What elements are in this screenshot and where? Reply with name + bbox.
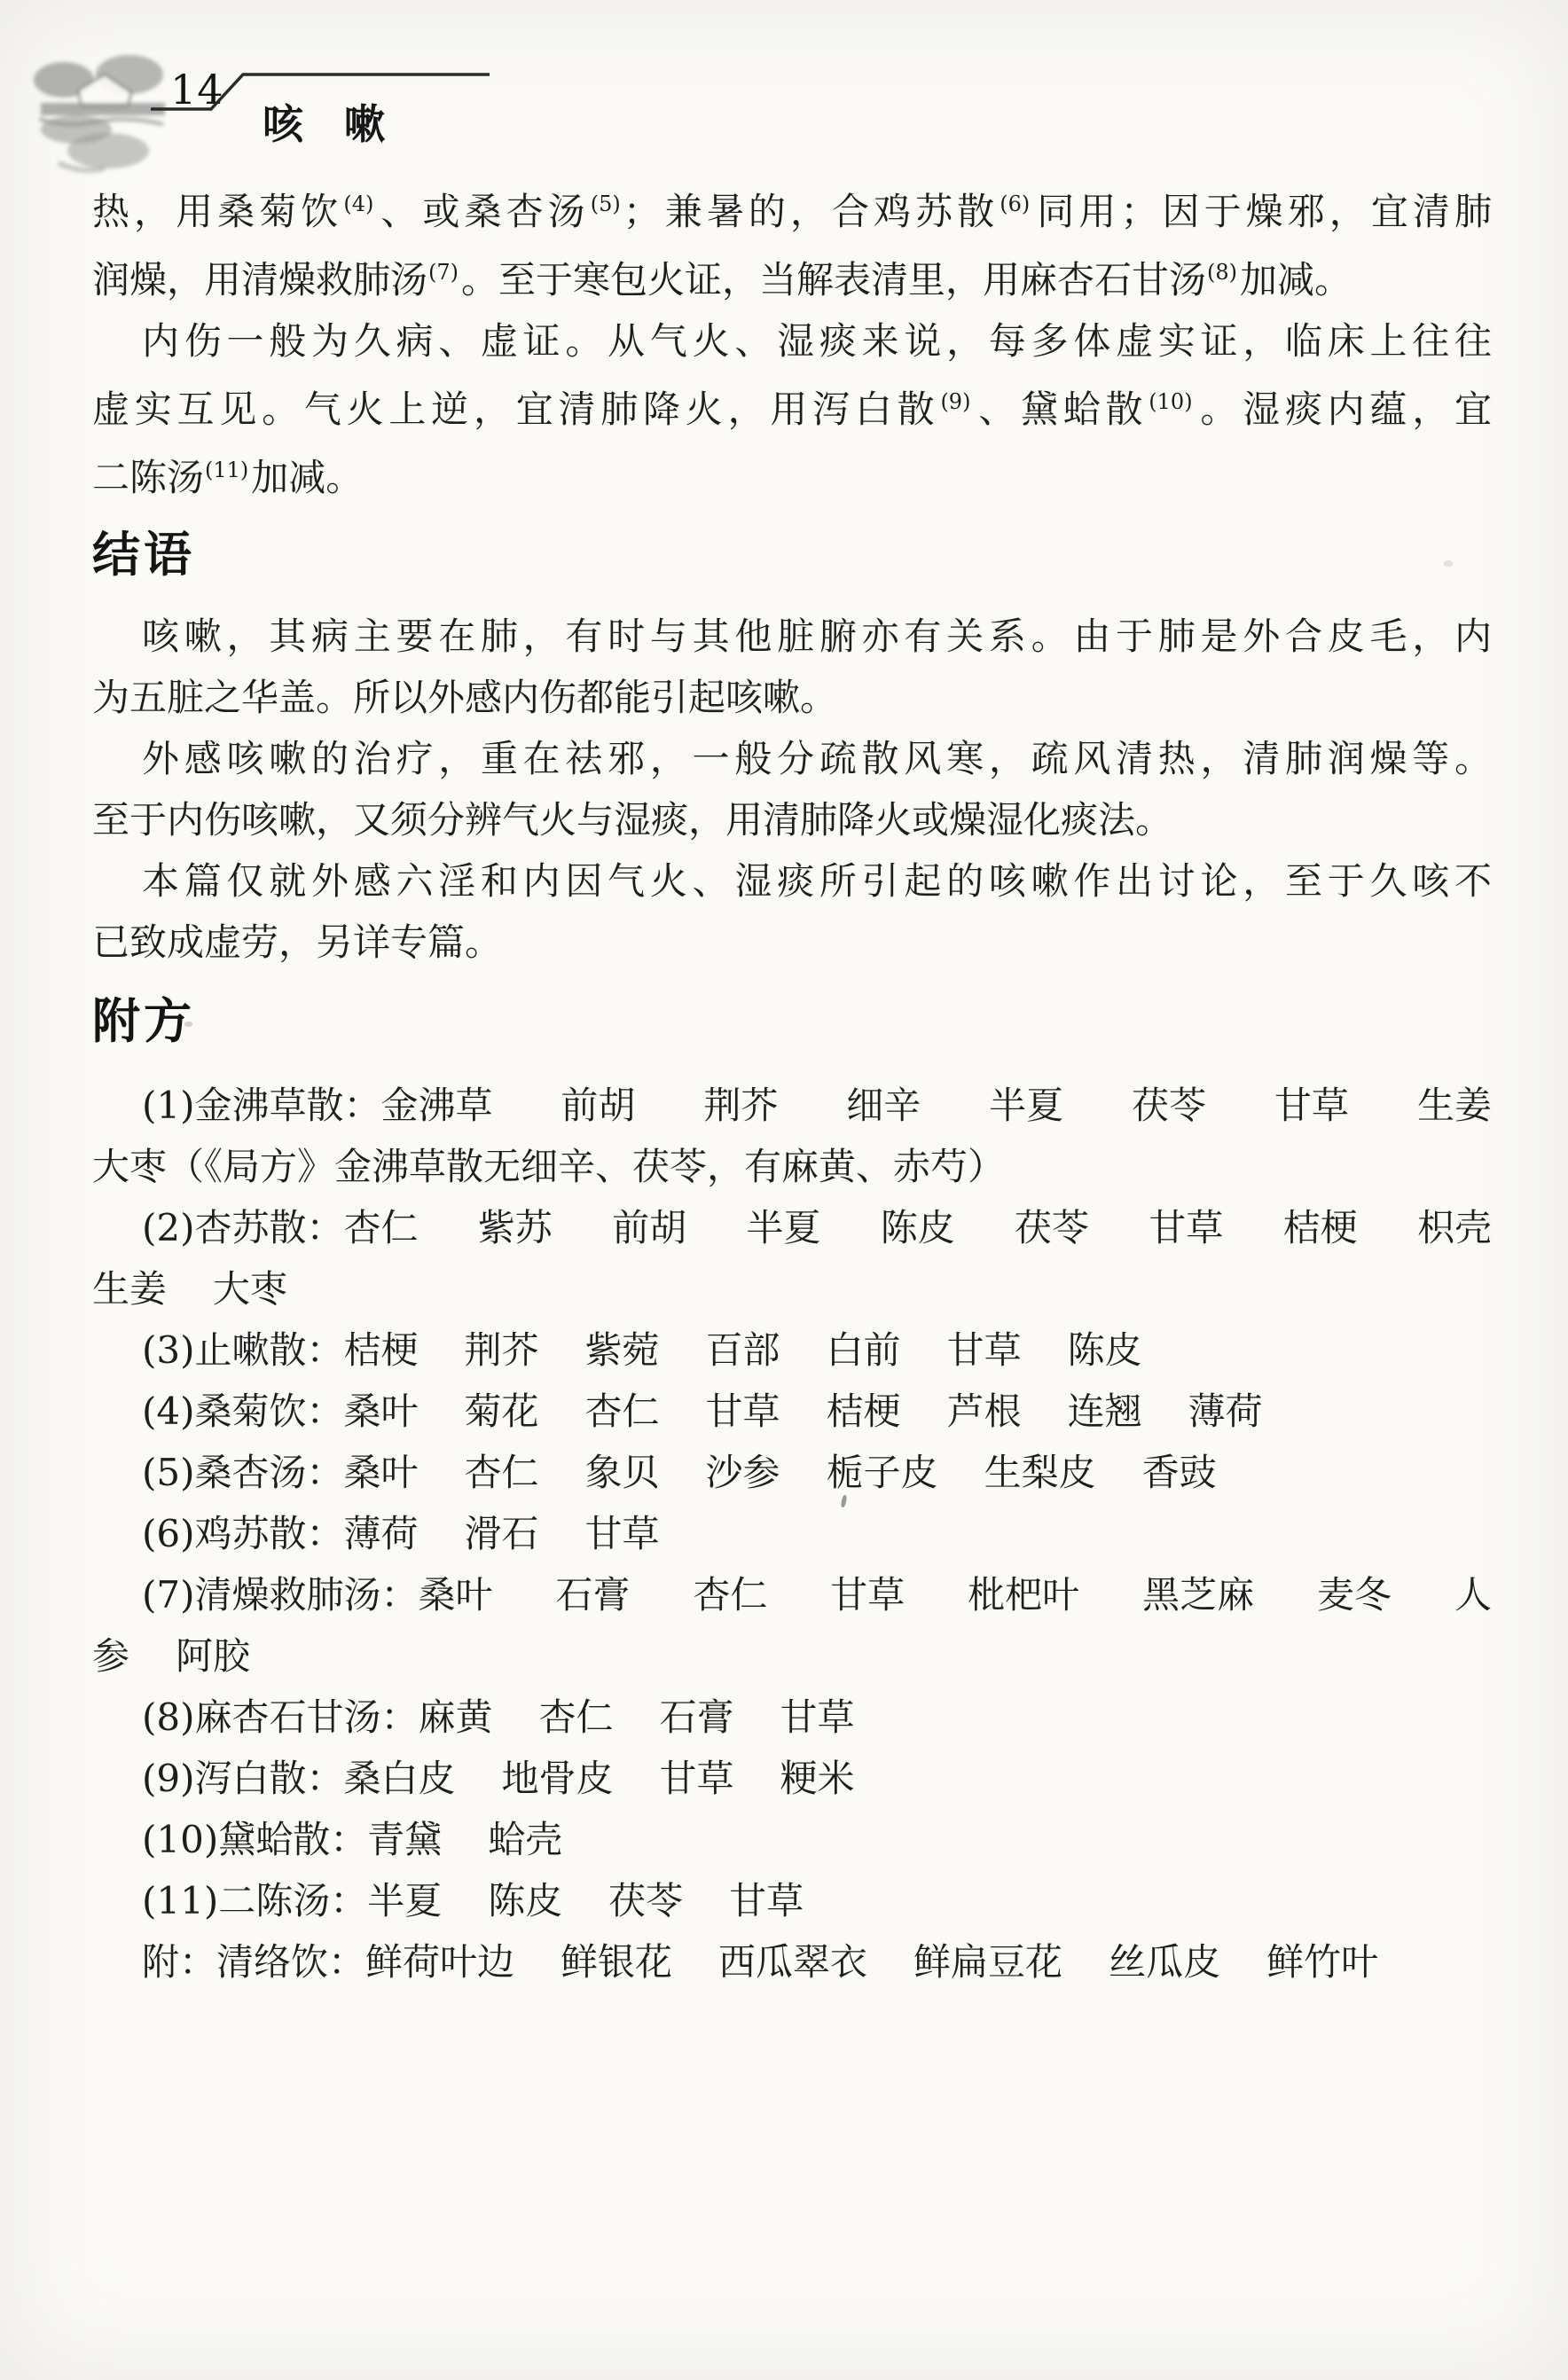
text-line: 已致成虚劳，另详专篇。 — [92, 912, 1492, 973]
ingredient: 象贝 — [585, 1451, 660, 1494]
prescription-line: (9)泻白散：桑白皮地骨皮甘草粳米 — [92, 1748, 1492, 1809]
text-run: 本篇仅就外感六淫和内因气火、湿痰所引起的咳嗽作出讨论，至于久咳不 — [142, 859, 1492, 903]
text-run: 加减。 — [251, 456, 363, 499]
prescription-line: (5)桑杏汤：桑叶杏仁象贝沙参栀子皮生梨皮香豉 — [92, 1442, 1492, 1503]
prescription-line: (10)黛蛤散：青黛蛤壳 — [92, 1809, 1492, 1870]
prescription-line: (3)止嗽散：桔梗荆芥紫菀百部白前甘草陈皮 — [92, 1319, 1492, 1381]
ingredient: 大枣 — [213, 1267, 287, 1311]
ingredient: 阿胶 — [176, 1634, 250, 1678]
summary-heading: 结语 — [92, 521, 1492, 588]
ingredient: 茯苓 — [1132, 1075, 1206, 1136]
scan-artifact — [1444, 560, 1453, 567]
ingredient: 甘草 — [1149, 1197, 1223, 1258]
ingredient: 鲜扁豆花 — [913, 1940, 1062, 1984]
chapter-title: 咳 嗽 — [263, 92, 385, 151]
ingredient: 黑芝麻 — [1142, 1564, 1254, 1625]
ingredient: 丝瓜皮 — [1109, 1940, 1220, 1984]
footnote-ref: (10) — [1148, 389, 1195, 414]
text-run: 。湿痰内蕴，宜 — [1196, 388, 1492, 431]
prescription-head: (10)黛蛤散：青黛 — [142, 1818, 442, 1861]
text-run: 热，用桑菊饮 — [92, 190, 342, 233]
paragraph: 本篇仅就外感六淫和内因气火、湿痰所引起的咳嗽作出讨论，至于久咳不已致成虚劳，另详… — [92, 850, 1492, 973]
prescription-line: (7)清燥救肺汤：桑叶石膏杏仁甘草枇杷叶黑芝麻麦冬人 — [92, 1564, 1492, 1625]
text-run: 已致成虚劳，另详专篇。 — [92, 920, 502, 964]
text-run: 加减。 — [1240, 258, 1352, 301]
ingredient: 杏仁 — [539, 1695, 614, 1739]
ingredient: 杏仁 — [585, 1390, 660, 1433]
ingredient: 陈皮 — [488, 1879, 562, 1922]
paragraph: 热，用桑菊饮(4)、或桑杏汤(5)；兼暑的，合鸡苏散(6)同用；因于燥邪，宜清肺… — [92, 174, 1492, 310]
ingredient: 半夏 — [989, 1075, 1063, 1136]
prescription-head: 生姜 — [92, 1267, 167, 1311]
ingredient: 香豉 — [1142, 1451, 1217, 1494]
ingredient: 茯苓 — [608, 1879, 683, 1922]
prescription-head: (2)杏苏散：杏仁 — [142, 1197, 419, 1258]
page-body: 热，用桑菊饮(4)、或桑杏汤(5)；兼暑的，合鸡苏散(6)同用；因于燥邪，宜清肺… — [0, 174, 1568, 1992]
text-line: 虚实互见。气火上逆，宜清肺降火，用泻白散(9)、黛蛤散(10)。湿痰内蕴，宜 — [92, 372, 1492, 440]
ingredient: 蛤壳 — [488, 1818, 562, 1861]
ingredient: 麦冬 — [1317, 1564, 1392, 1625]
footnote-ref: (6) — [999, 192, 1032, 216]
text-run: ；兼暑的，合鸡苏散 — [623, 190, 1000, 233]
ingredient: 枇杷叶 — [968, 1564, 1079, 1625]
text-run: 同用；因于燥邪，宜清肺 — [1032, 190, 1492, 233]
prescriptions-section: (1)金沸草散：金沸草前胡荆芥细辛半夏茯苓甘草生姜大枣（《局方》金沸草散无细辛、… — [92, 1075, 1492, 1992]
ingredient: 甘草 — [1274, 1075, 1349, 1136]
prescription-head: (11)二陈汤：半夏 — [142, 1879, 442, 1922]
text-line: 为五脏之华盖。所以外感内伤都能引起咳嗽。 — [92, 667, 1492, 728]
ingredient: 紫菀 — [585, 1328, 660, 1372]
ingredient: 紫苏 — [478, 1197, 553, 1258]
prescription-line: 参阿胶 — [92, 1625, 1492, 1687]
text-run: 至于内伤咳嗽，又须分辨气火与湿痰，用清肺降火或燥湿化痰法。 — [92, 798, 1172, 842]
text-run: 咳嗽，其病主要在肺，有时与其他脏腑亦有关系。由于肺是外合皮毛，内 — [142, 615, 1492, 658]
ingredient: 西瓜翠衣 — [718, 1940, 867, 1984]
ingredient: 甘草 — [780, 1695, 855, 1739]
ingredient: 茯苓 — [1015, 1197, 1089, 1258]
text-run: 外感咳嗽的治疗，重在祛邪，一般分疏散风寒，疏风清热，清肺润燥等。 — [142, 737, 1492, 780]
text-run: 、或桑杏汤 — [376, 190, 589, 233]
ingredient: 桔梗 — [1283, 1197, 1358, 1258]
text-line: 二陈汤(11)加减。 — [92, 440, 1492, 508]
ingredient: 生梨皮 — [984, 1451, 1096, 1494]
footnote-ref: (9) — [939, 389, 973, 414]
ingredient: 鲜竹叶 — [1266, 1940, 1378, 1984]
ingredient: 鲜银花 — [561, 1940, 672, 1984]
ingredient: 地骨皮 — [502, 1757, 614, 1800]
text-line: 咳嗽，其病主要在肺，有时与其他脏腑亦有关系。由于肺是外合皮毛，内 — [92, 606, 1492, 667]
ingredient: 芦根 — [947, 1390, 1022, 1433]
scan-artifact — [184, 1022, 192, 1027]
paragraph: 内伤一般为久病、虚证。从气火、湿痰来说，每多体虚实证，临床上往往虚实互见。气火上… — [92, 310, 1492, 508]
ingredient: 半夏 — [746, 1197, 820, 1258]
prescription-line: 附：清络饮：鲜荷叶边鲜银花西瓜翠衣鲜扁豆花丝瓜皮鲜竹叶 — [92, 1931, 1492, 1992]
ingredient: 白前 — [827, 1328, 901, 1372]
prescription-head: (6)鸡苏散：薄荷 — [142, 1512, 419, 1555]
book-page: 14 咳 嗽 热，用桑菊饮(4)、或桑杏汤(5)；兼暑的，合鸡苏散(6)同用；因… — [0, 0, 1568, 2380]
ingredient: 枳壳 — [1417, 1197, 1492, 1258]
text-line: 热，用桑菊饮(4)、或桑杏汤(5)；兼暑的，合鸡苏散(6)同用；因于燥邪，宜清肺 — [92, 174, 1492, 242]
prescription-head: (9)泻白散：桑白皮 — [142, 1757, 456, 1800]
ingredient: 杏仁 — [465, 1451, 539, 1494]
text-run: 。至于寒包火证，当解表清里，用麻杏石甘汤 — [461, 258, 1206, 301]
prescription-head: 附：清络饮：鲜荷叶边 — [142, 1940, 514, 1984]
ingredient: 石膏 — [660, 1695, 734, 1739]
ingredient: 菊花 — [465, 1390, 539, 1433]
footnote-ref: (11) — [204, 458, 251, 482]
prescription-line: (4)桑菊饮：桑叶菊花杏仁甘草桔梗芦根连翘薄荷 — [92, 1381, 1492, 1442]
footnote-ref: (5) — [590, 192, 623, 216]
ingredient: 甘草 — [830, 1564, 905, 1625]
paragraph: 咳嗽，其病主要在肺，有时与其他脏腑亦有关系。由于肺是外合皮毛，内为五脏之华盖。所… — [92, 606, 1492, 728]
text-run: 、黛蛤散 — [973, 388, 1148, 431]
text-line: 润燥，用清燥救肺汤(7)。至于寒包火证，当解表清里，用麻杏石甘汤(8)加减。 — [92, 242, 1492, 310]
prescription-head: (7)清燥救肺汤：桑叶 — [142, 1564, 493, 1625]
ingredient: 杏仁 — [693, 1564, 767, 1625]
text-run: 大枣（《局方》金沸草散无细辛、茯苓，有麻黄、赤芍） — [92, 1145, 1005, 1188]
prescription-head: (8)麻杏石甘汤：麻黄 — [142, 1695, 493, 1739]
footnote-ref: (4) — [342, 192, 376, 216]
text-line: 本篇仅就外感六淫和内因气火、湿痰所引起的咳嗽作出讨论，至于久咳不 — [92, 850, 1492, 912]
prescription-line: (2)杏苏散：杏仁紫苏前胡半夏陈皮茯苓甘草桔梗枳壳 — [92, 1197, 1492, 1258]
prescription-line: (1)金沸草散：金沸草前胡荆芥细辛半夏茯苓甘草生姜 — [92, 1075, 1492, 1136]
ingredient: 桔梗 — [827, 1390, 901, 1433]
prescription-head: (5)桑杏汤：桑叶 — [142, 1451, 419, 1494]
prescription-line: 大枣（《局方》金沸草散无细辛、茯苓，有麻黄、赤芍） — [92, 1136, 1492, 1197]
prescription-head: 参 — [92, 1634, 129, 1678]
ingredient: 栀子皮 — [827, 1451, 938, 1494]
prescription-head: (1)金沸草散：金沸草 — [142, 1075, 493, 1136]
ingredient: 连翘 — [1068, 1390, 1142, 1433]
prescription-line: (11)二陈汤：半夏陈皮茯苓甘草 — [92, 1870, 1492, 1931]
ingredient: 百部 — [706, 1328, 780, 1372]
footnote-ref: (8) — [1206, 260, 1240, 285]
text-run: 二陈汤 — [92, 456, 204, 499]
prescription-head: (4)桑菊饮：桑叶 — [142, 1390, 419, 1433]
ingredient: 前胡 — [561, 1075, 635, 1136]
text-run: 内伤一般为久病、虚证。从气火、湿痰来说，每多体虚实证，临床上往往 — [142, 319, 1492, 363]
ingredient: 陈皮 — [881, 1197, 955, 1258]
ingredient: 粳米 — [780, 1757, 855, 1800]
prescription-line: (8)麻杏石甘汤：麻黄杏仁石膏甘草 — [92, 1687, 1492, 1748]
ingredient: 生姜 — [1417, 1075, 1492, 1136]
page-header: 14 咳 嗽 — [0, 0, 1568, 174]
prescriptions-heading: 附方 — [92, 987, 1492, 1054]
ingredient: 人 — [1454, 1564, 1492, 1625]
paragraph: 外感咳嗽的治疗，重在祛邪，一般分疏散风寒，疏风清热，清肺润燥等。至于内伤咳嗽，又… — [92, 728, 1492, 850]
text-run: 为五脏之华盖。所以外感内伤都能引起咳嗽。 — [92, 676, 837, 719]
text-run: 润燥，用清燥救肺汤 — [92, 258, 427, 301]
ingredient: 石膏 — [555, 1564, 630, 1625]
ingredient: 甘草 — [585, 1512, 660, 1555]
ingredient: 荆芥 — [465, 1328, 539, 1372]
intro-section: 热，用桑菊饮(4)、或桑杏汤(5)；兼暑的，合鸡苏散(6)同用；因于燥邪，宜清肺… — [92, 174, 1492, 508]
ingredient: 甘草 — [729, 1879, 804, 1922]
summary-section: 咳嗽，其病主要在肺，有时与其他脏腑亦有关系。由于肺是外合皮毛，内为五脏之华盖。所… — [92, 606, 1492, 973]
text-run: 虚实互见。气火上逆，宜清肺降火，用泻白散 — [92, 388, 939, 431]
ingredient: 甘草 — [660, 1757, 734, 1800]
text-line: 至于内伤咳嗽，又须分辨气火与湿痰，用清肺降火或燥湿化痰法。 — [92, 789, 1492, 850]
prescription-line: (6)鸡苏散：薄荷滑石甘草 — [92, 1503, 1492, 1564]
ingredient: 滑石 — [465, 1512, 539, 1555]
ingredient: 陈皮 — [1068, 1328, 1142, 1372]
ingredient: 甘草 — [706, 1390, 780, 1433]
footnote-ref: (7) — [427, 260, 461, 285]
ingredient: 前胡 — [612, 1197, 686, 1258]
text-line: 内伤一般为久病、虚证。从气火、湿痰来说，每多体虚实证，临床上往往 — [92, 310, 1492, 372]
prescription-line: 生姜大枣 — [92, 1258, 1492, 1319]
ingredient: 细辛 — [846, 1075, 921, 1136]
ingredient: 荆芥 — [703, 1075, 778, 1136]
ingredient: 甘草 — [947, 1328, 1022, 1372]
ingredient: 沙参 — [706, 1451, 780, 1494]
ingredient: 薄荷 — [1188, 1390, 1263, 1433]
text-line: 外感咳嗽的治疗，重在祛邪，一般分疏散风寒，疏风清热，清肺润燥等。 — [92, 728, 1492, 789]
prescription-head: (3)止嗽散：桔梗 — [142, 1328, 419, 1372]
